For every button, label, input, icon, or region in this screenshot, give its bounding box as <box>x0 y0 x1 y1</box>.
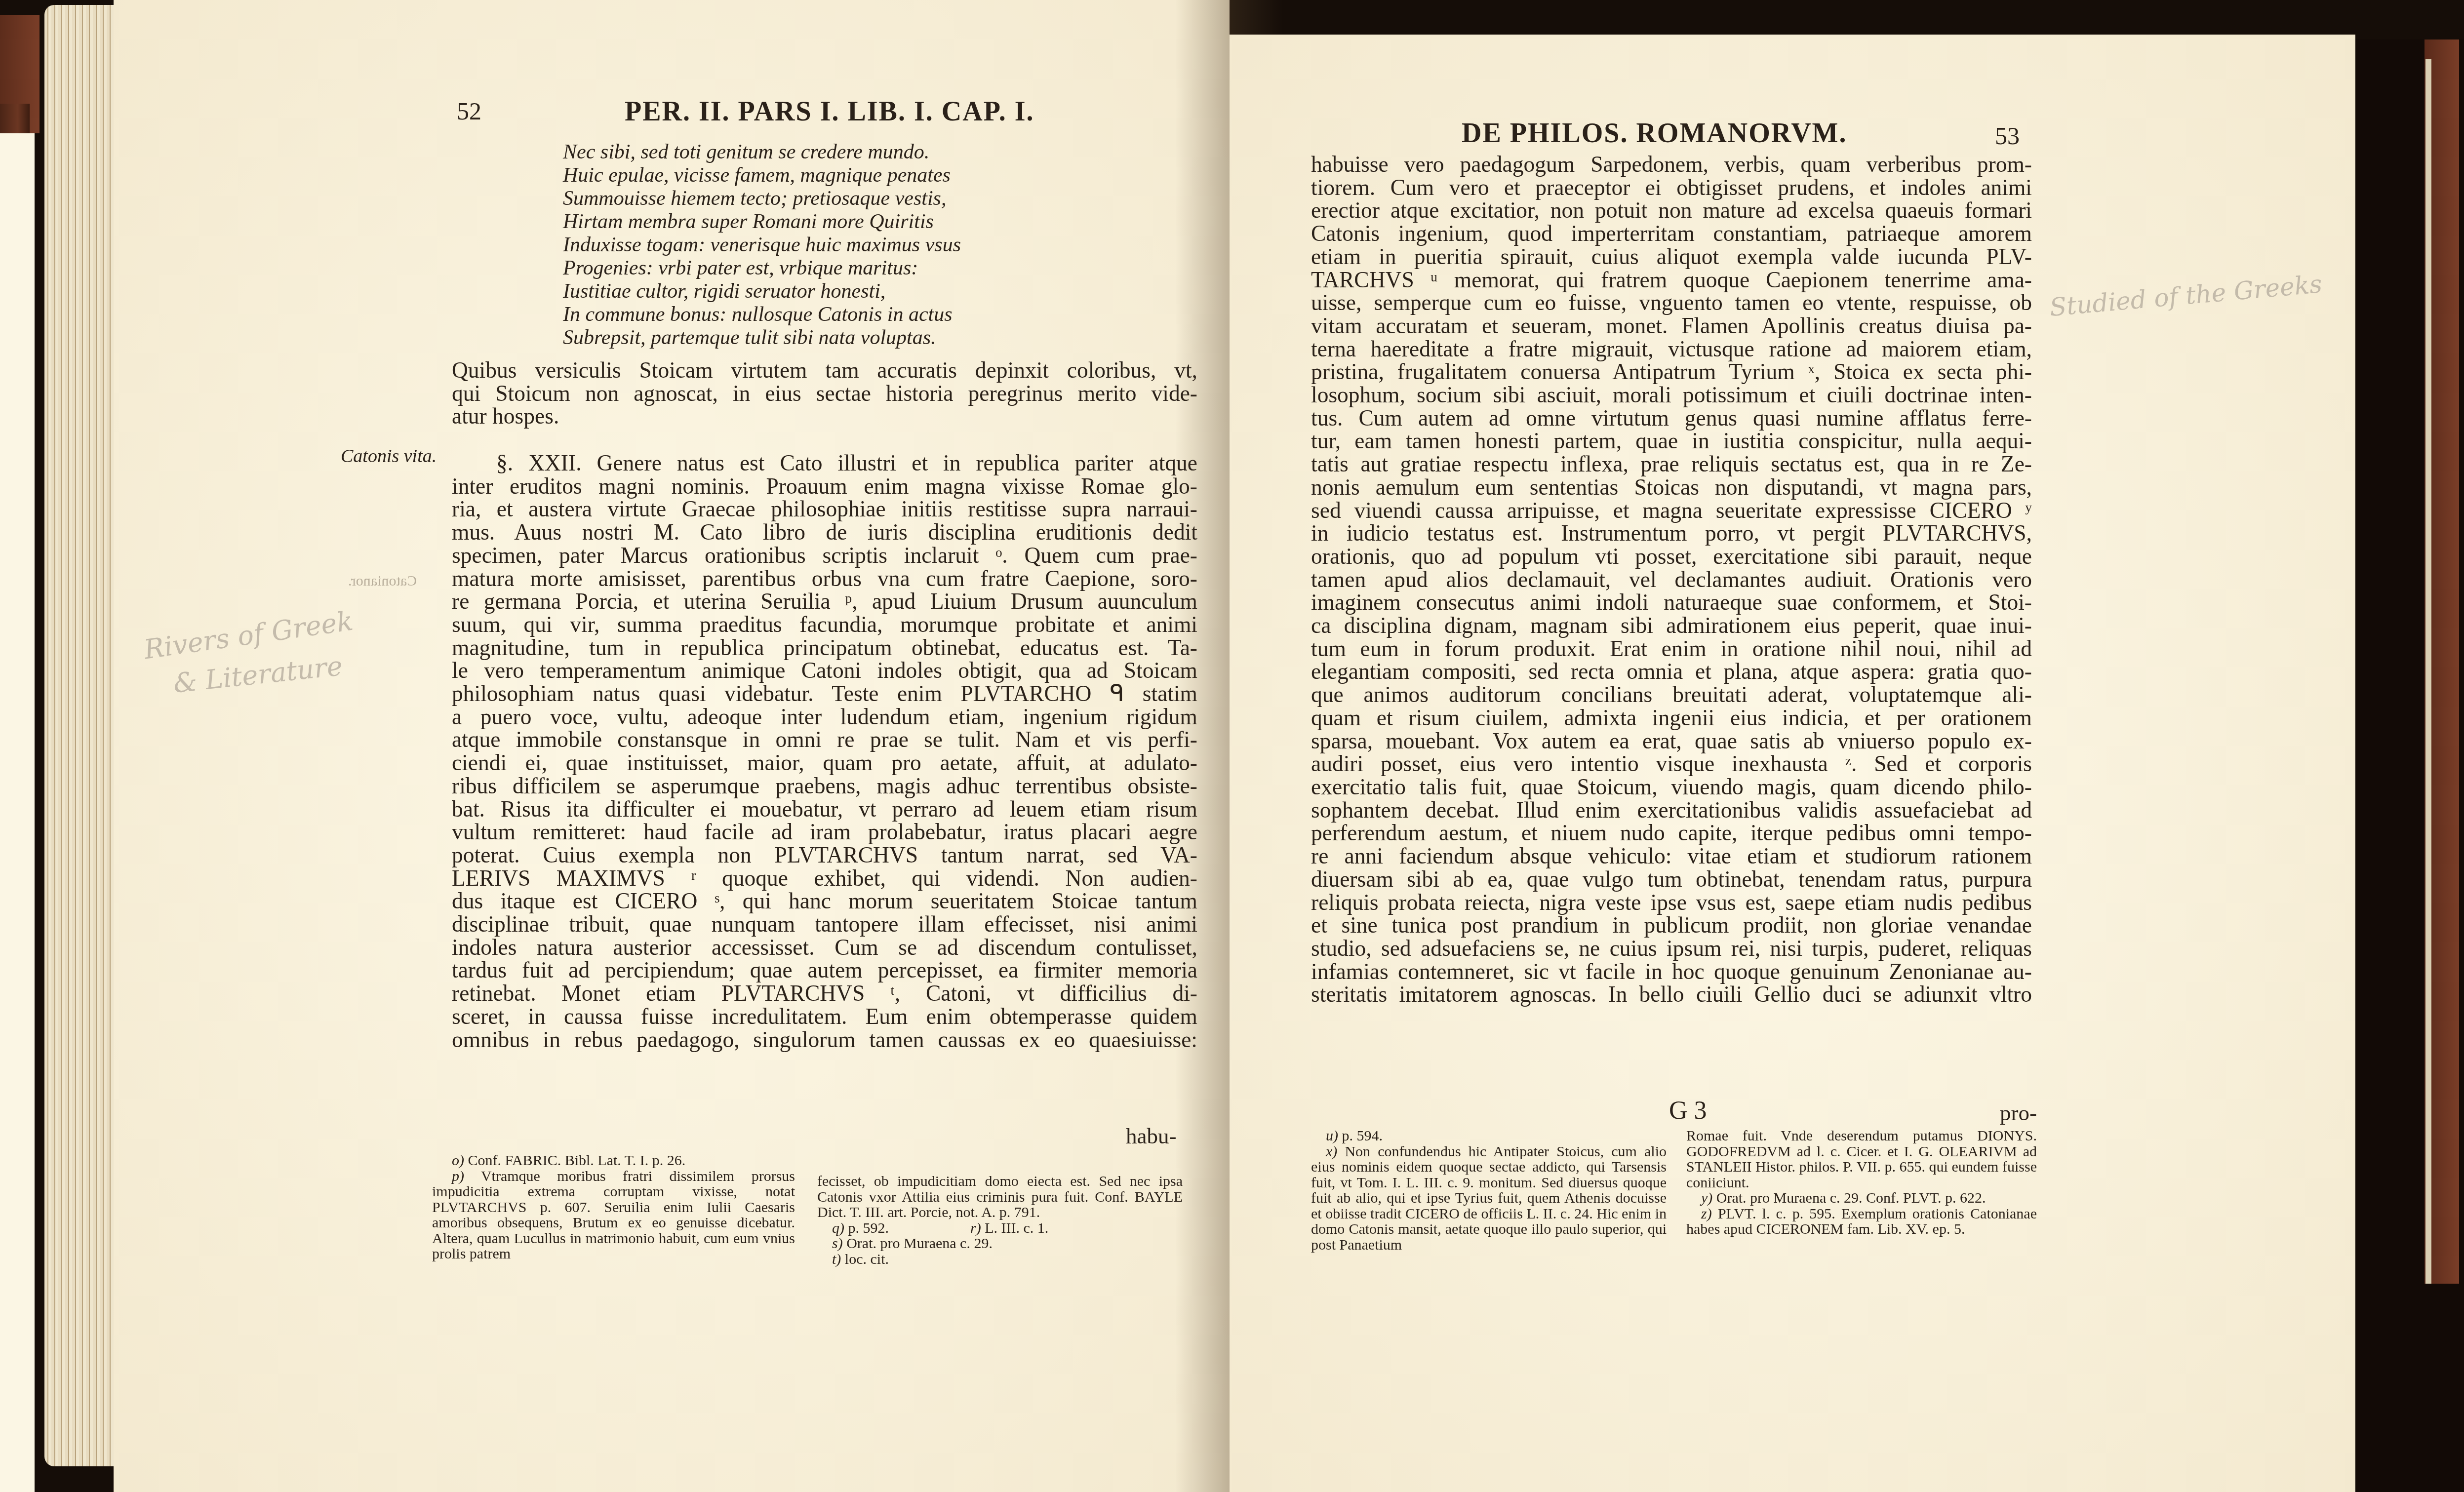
text-line: retinebat. Monet etiam PLVTARCHVS ᵗ, Cat… <box>452 982 1197 1005</box>
text-line: exercitatio talis fuit, quae Stoicum, vi… <box>1311 776 2032 799</box>
text-line: habuisse vero paedagogum Sarpedonem, ver… <box>1311 153 2032 176</box>
text-line: atque immobile constansque in omni re pr… <box>452 728 1197 751</box>
text-line: quam et risum ciuilem, admixta ingenii e… <box>1311 707 2032 730</box>
show-through-text: Catonianor. <box>348 573 417 589</box>
text-line: vultum remitteret: haud facile ad iram p… <box>452 821 1197 844</box>
footnote-s: s) Orat. pro Muraena c. 29. <box>817 1236 1183 1252</box>
text-line: indoles natura austerior accessisset. Cu… <box>452 936 1197 959</box>
text-line: tur, eam tamen honesti partem, quae in i… <box>1311 430 2032 453</box>
footnote-q-r: q) p. 592. r) L. III. c. 1. <box>817 1220 1183 1236</box>
footnote-text: Vtramque moribus fratri dissimilem prors… <box>432 1168 795 1262</box>
text-line: tardus fuit ad percipiendum; quae autem … <box>452 959 1197 982</box>
text-line: reliquis probata reiecta, nigra veste ip… <box>1311 891 2032 914</box>
verse-line: Hirtam membra super Romani more Quiritis <box>563 210 961 234</box>
text-line: matura morte amisisset, parentibus orbus… <box>452 567 1197 590</box>
text-line: losophum, socium sibi asciuit, morali po… <box>1311 384 2032 407</box>
footnote-text: p. 594. <box>1342 1128 1383 1144</box>
text-line: philosophiam natus quasi videbatur. Test… <box>452 682 1197 706</box>
footnote-label: t) <box>832 1251 841 1267</box>
text-line: ribus difficilem se asperumque praebens,… <box>452 775 1197 798</box>
footnote-label: q) <box>832 1220 844 1236</box>
left-footnotes: o) Conf. FABRIC. Bibl. Lat. T. I. p. 26.… <box>432 1153 1202 1301</box>
verse-line: Nec sibi, sed toti genitum se credere mu… <box>563 141 961 164</box>
verse-line: Huic epulae, vicisse famem, magnique pen… <box>563 164 961 187</box>
text-line: audiri posset, eius vero intentio visque… <box>1311 752 2032 776</box>
footnote-text: Non confundendus hic Antipater Stoicus, … <box>1311 1143 1667 1253</box>
footnote-label: y) <box>1701 1190 1712 1206</box>
footnote-t: t) loc. cit. <box>817 1252 1183 1267</box>
text-line: magnitudine, tum in republica principatu… <box>452 636 1197 660</box>
footnote-label: u) <box>1326 1128 1338 1144</box>
footnote-label: s) <box>832 1235 843 1252</box>
footnote-column-1: u) p. 594. x) Non confundendus hic Antip… <box>1311 1128 1667 1253</box>
signature-mark: G 3 <box>1669 1096 1707 1125</box>
text-line: steritatis imitatorem agnoscas. In bello… <box>1311 983 2032 1006</box>
text-line: imaginem consecutus animi indoli naturae… <box>1311 591 2032 614</box>
footnote-label: z) <box>1701 1206 1712 1222</box>
left-paragraph-1: Quibus versiculis Stoicam virtutem tam a… <box>452 359 1197 428</box>
binding-pastedown-strip <box>2425 59 2431 1284</box>
verse-line: Summouisse hiemem tecto; pretiosaque ves… <box>563 187 961 210</box>
text-line: sophantem decebat. Illud enim exercitati… <box>1311 799 2032 822</box>
text-line: mus. Auus nostri M. Cato libro de iuris … <box>452 521 1197 544</box>
text-line: a puero voce, vultu, adeoque inter luden… <box>452 706 1197 729</box>
footnote-column-2: Romae fuit. Vnde deserendum putamus DION… <box>1686 1128 2037 1237</box>
text-line: pristina, frugalitatem conuersa Antipatr… <box>1311 360 2032 384</box>
text-line: elegantiam compositi, sed recta omnia et… <box>1311 660 2032 683</box>
text-line: perferendum aestum, et niuem nudo capite… <box>1311 822 2032 845</box>
text-line: que animos auditorum concilians breuitat… <box>1311 683 2032 707</box>
footnote-column-2: fecisset, ob impudicitiam domo eiecta es… <box>817 1174 1183 1267</box>
footnote-x-continued: Romae fuit. Vnde deserendum putamus DION… <box>1686 1128 2037 1190</box>
text-line: omnibus in rebus paedagogo, singulorum t… <box>452 1028 1197 1052</box>
verse-line: Subrepsit, partemque tulit sibi nata vol… <box>563 326 961 350</box>
text-line: LERIVS MAXIMVS ʳ quoque exhibet, qui vid… <box>452 867 1197 890</box>
text-line: in iudicio testatus est. Instrumentum po… <box>1311 522 2032 545</box>
footnote-text: fecisset, ob impudicitiam domo eiecta es… <box>817 1173 1183 1220</box>
verse-line: Induxisse togam: venerisque huic maximus… <box>563 234 961 257</box>
text-line: Catonis ingenium, quod imperterritam con… <box>1311 222 2032 245</box>
text-line: bat. Risus ita difficulter ei mouebatur,… <box>452 798 1197 821</box>
verse-line: Progenies: vrbi pater est, vrbique marit… <box>563 257 961 280</box>
marginal-note-catonis-vita: Catonis vita. <box>341 445 437 467</box>
text-line: terna haereditate a fratre migrauit, vic… <box>1311 338 2032 361</box>
verse-block: Nec sibi, sed toti genitum se credere mu… <box>563 141 961 350</box>
footnote-p: p) Vtramque moribus fratri dissimilem pr… <box>432 1169 795 1262</box>
left-catchword: habu- <box>1126 1123 1176 1149</box>
text-line: inter eruditos magni nominis. Proauum en… <box>452 475 1197 498</box>
text-line: infamias contemneret, sic vt facile in h… <box>1311 960 2032 983</box>
text-line: erectior atque excitatior, non potuit no… <box>1311 199 2032 222</box>
footnote-label: x) <box>1326 1143 1337 1160</box>
text-line: le vero temperamentum animique Catoni in… <box>452 659 1197 682</box>
text-line: sceret, in caussa fuisse incredulitatem.… <box>452 1005 1197 1028</box>
footnote-column-1: o) Conf. FABRIC. Bibl. Lat. T. I. p. 26.… <box>432 1153 795 1262</box>
text-line: uisse, semperque cum eo fuisse, vnguento… <box>1311 291 2032 314</box>
footnote-text: loc. cit. <box>845 1251 889 1267</box>
left-folio: 52 <box>457 97 481 125</box>
text-line: re anni faciendum absque vehiculo: vitae… <box>1311 845 2032 868</box>
footnote-x: x) Non confundendus hic Antipater Stoicu… <box>1311 1144 1667 1253</box>
text-line: etiam in pueritia spirauit, cuius aliquo… <box>1311 245 2032 269</box>
text-line: et sine tunica post prandium in publicum… <box>1311 914 2032 937</box>
footnote-text: Orat. pro Muraena c. 29. Conf. PLVT. p. … <box>1716 1190 1986 1206</box>
text-line: TARCHVS ᵘ memorat, qui fratrem quoque Ca… <box>1311 269 2032 292</box>
text-line: tum eum in forum produxit. Erat enim in … <box>1311 637 2032 661</box>
text-line: orationis, quo ad populum vti posset, ex… <box>1311 545 2032 568</box>
footnote-label: p) <box>452 1168 464 1184</box>
footnote-u: u) p. 594. <box>1311 1128 1667 1144</box>
right-running-head: DE PHILOS. ROMANORVM. <box>1462 118 1847 149</box>
footnote-text: L. III. c. 1. <box>985 1220 1048 1236</box>
footnote-y: y) Orat. pro Muraena c. 29. Conf. PLVT. … <box>1686 1190 2037 1206</box>
right-paragraph: habuisse vero paedagogum Sarpedonem, ver… <box>1311 153 2032 1006</box>
left-running-head: PER. II. PARS I. LIB. I. CAP. I. <box>625 96 1034 127</box>
footnote-text: Conf. FABRIC. Bibl. Lat. T. I. p. 26. <box>468 1152 686 1169</box>
text-line: tiorem. Cum vero et praeceptor ei obtigi… <box>1311 176 2032 199</box>
text-line: atur hospes. <box>452 405 1197 428</box>
text-line: qui Stoicum non agnoscat, in eius sectae… <box>452 382 1197 405</box>
footnote-text: PLVT. l. c. p. 595. Exemplum orationis C… <box>1686 1206 2037 1238</box>
footnote-text: p. 592. <box>848 1220 889 1236</box>
verse-line: In commune bonus: nullosque Catonis in a… <box>563 303 961 326</box>
text-line: nonis aemulum eum sententias Stoicas non… <box>1311 476 2032 499</box>
right-catchword: pro- <box>2000 1100 2037 1126</box>
text-line: suum, qui vir, summa praeditus facundia,… <box>452 613 1197 636</box>
text-line: ria, et austera virtute Graecae philosop… <box>452 498 1197 521</box>
text-line: tus. Cum autem ad omne virtutum genus qu… <box>1311 407 2032 430</box>
text-line: tamen apud alios declamauit, vel declama… <box>1311 568 2032 591</box>
text-line: studio, sed adsuefaciens se, ne cuius ip… <box>1311 937 2032 960</box>
text-line: sed viuendi caussa arripuisse, et magna … <box>1311 499 2032 522</box>
footnote-o: o) Conf. FABRIC. Bibl. Lat. T. I. p. 26. <box>432 1153 795 1169</box>
text-line: vitam accuratam et seueram, monet. Flame… <box>1311 314 2032 338</box>
text-line: poterat. Cuius exempla non PLVTARCHVS ta… <box>452 844 1197 867</box>
footnote-z: z) PLVT. l. c. p. 595. Exemplum orationi… <box>1686 1206 2037 1237</box>
text-line: §. XXII. Genere natus est Cato illustri … <box>452 452 1197 475</box>
footnote-label: r) <box>970 1220 981 1236</box>
footnote-p-continued: fecisset, ob impudicitiam domo eiecta es… <box>817 1174 1183 1220</box>
flyleaf <box>0 133 35 1492</box>
left-paragraph-2: §. XXII. Genere natus est Cato illustri … <box>452 452 1197 1051</box>
text-line: sparsa, mouebant. Vox autem ea erat, qua… <box>1311 730 2032 753</box>
text-line: disciplinae tribuit, quae nunquam tantop… <box>452 913 1197 936</box>
text-line: specimen, pater Marcus orationibus scrip… <box>452 544 1197 567</box>
text-line: re germana Porcia, et uterina Seruilia ᵖ… <box>452 590 1197 613</box>
text-line: tatis aut gratiae respectu inflexa, prae… <box>1311 453 2032 476</box>
text-line: ca disciplina dignam, magnam sibi admira… <box>1311 614 2032 637</box>
footnote-text: Orat. pro Muraena c. 29. <box>846 1235 993 1252</box>
verse-line: Iustitiae cultor, rigidi seruator honest… <box>563 280 961 303</box>
footnote-label: o) <box>452 1152 464 1169</box>
right-folio: 53 <box>1995 121 2020 150</box>
right-footnotes: u) p. 594. x) Non confundendus hic Antip… <box>1311 1128 2037 1286</box>
text-line: Quibus versiculis Stoicam virtutem tam a… <box>452 359 1197 382</box>
footnote-text: Romae fuit. Vnde deserendum putamus DION… <box>1686 1128 2037 1191</box>
text-line: diuersam sibi ab ea, quae vulgo tum obti… <box>1311 868 2032 891</box>
text-line: dus itaque est CICERO ˢ, qui hanc morum … <box>452 890 1197 913</box>
text-line: ciendi ei, quae instituisset, maior, qua… <box>452 751 1197 775</box>
